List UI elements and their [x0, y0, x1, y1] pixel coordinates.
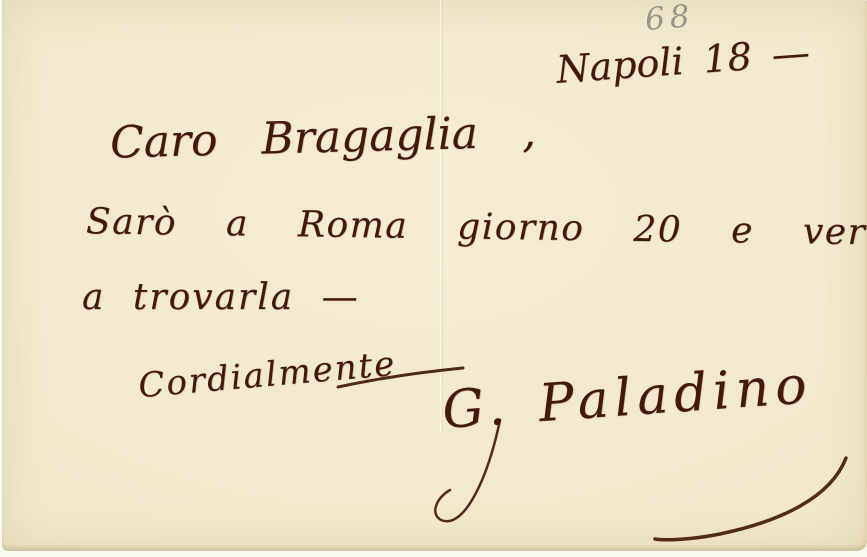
- body-line: a trovarla —: [82, 280, 360, 316]
- salutation: Caro Bragaglia ,: [109, 110, 536, 165]
- letter-scan: 68 Napoli 18 — Caro Bragaglia , Sarò a R…: [0, 0, 867, 557]
- archival-number: 68: [644, 0, 696, 38]
- paper-sheet: [2, 0, 867, 551]
